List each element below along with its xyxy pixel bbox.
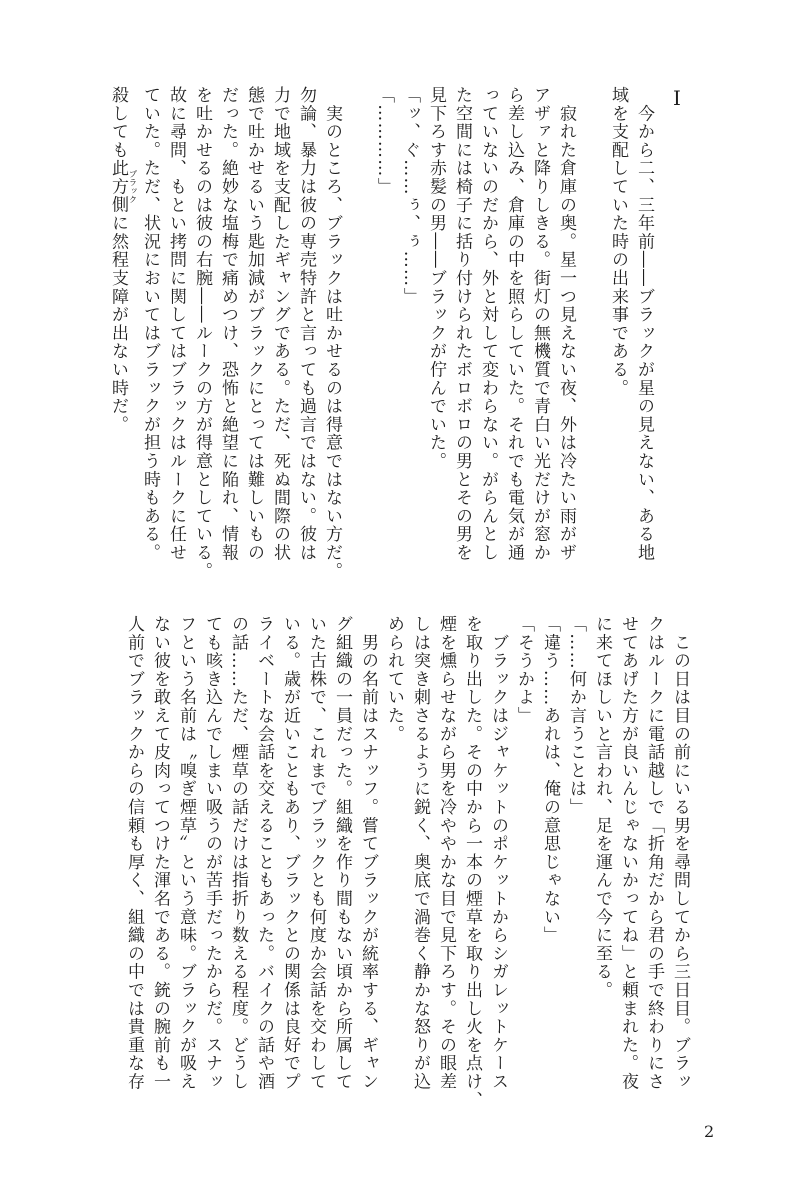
text-line: 「違う……あれは、俺の意思じゃない」 bbox=[537, 615, 563, 1120]
text-line: グ組織の一員だった。組織を作り間もない頃から所属して bbox=[329, 615, 355, 1120]
text-line: 男の名前はスナッフ。嘗てブラックが統率する、ギャン bbox=[355, 615, 381, 1120]
text-line: 今から二、三年前――ブラックが星の見えない、ある地 bbox=[631, 86, 657, 591]
text-line: この日は目の前にいる男を尋問してから三日目。ブラッ bbox=[667, 615, 693, 1120]
text-block-bottom: この日は目の前にいる男を尋問してから三日目。ブラックはルークに電話越しで「折角だ… bbox=[121, 615, 693, 1120]
text-line: ライベートな会話を交えることもあった。バイクの話や酒 bbox=[251, 615, 277, 1120]
chapter-heading: I bbox=[664, 86, 716, 591]
text-line: 「……何か言うことは」 bbox=[563, 615, 589, 1120]
text-line: しは突き刺さるように鋭く、奥底で渦巻く静かな怒りが込 bbox=[407, 615, 433, 1120]
text-line: いた古株で、これまでブラックとも何度か会話を交わして bbox=[303, 615, 329, 1120]
text-line: に来てほしいと言われ、足を運んで今に至る。 bbox=[589, 615, 615, 1120]
text-line: められていた。 bbox=[381, 615, 407, 1120]
text-line: 実のところ、ブラックは吐かせるのは得意ではない方だ。 bbox=[319, 86, 345, 591]
text-line: ても咳き込んでしまい吸うのが苦手だったからだ。スナッ bbox=[199, 615, 225, 1120]
text-line: ら差し込み、倉庫の中を照らしていた。それでも電気が通 bbox=[501, 86, 527, 591]
text-line: ない彼を敢えて皮肉ってつけた渾名である。銃の腕前も一 bbox=[147, 615, 173, 1120]
text-line: を吐かせるのは彼の右腕――ルークの方が得意としている。 bbox=[189, 86, 215, 591]
text-line: 「そうかよ」 bbox=[511, 615, 537, 1120]
text-line: 寂れた倉庫の奥。星一つ見えない夜、外は冷たい雨がザ bbox=[553, 86, 579, 591]
text-line: アザァと降りしきる。街灯の無機質で青白い光だけが窓か bbox=[527, 86, 553, 591]
text-line: 見下ろす赤髪の男――ブラックが佇んでいた。 bbox=[423, 86, 449, 591]
text-line: 「…………」 bbox=[371, 86, 397, 591]
ruby-annotation: 此方側ブラック bbox=[108, 159, 128, 214]
text-line: を取り出した。その中から一本の煙草を取り出し火を点け、 bbox=[459, 615, 485, 1120]
text-line: 域を支配していた時の出来事である。 bbox=[605, 86, 631, 591]
book-page: I 今から二、三年前――ブラックが星の見えない、ある地域を支配していた時の出来事… bbox=[0, 0, 800, 1181]
text-line: 「ッ、ぐ……ぅ、ぅ……」 bbox=[397, 86, 423, 591]
text-line: 勿論、暴力は彼の専売特許と言っても過言ではない。彼は bbox=[293, 86, 319, 591]
text-line: 煙を燻らせながら男を冷ややかな目で見下ろす。その眼差 bbox=[433, 615, 459, 1120]
text-line: フという名前は〝嗅ぎ煙草〟という意味。ブラックが吸え bbox=[173, 615, 199, 1120]
text-line: クはルークに電話越しで「折角だから君の手で終わりにさ bbox=[641, 615, 667, 1120]
page-number: 2 bbox=[704, 1122, 714, 1141]
text-line: 人前でブラックからの信頼も厚く、組織の中では貴重な存 bbox=[121, 615, 147, 1120]
text-line: せてあげた方が良いんじゃないかってね」と頼まれた。夜 bbox=[615, 615, 641, 1120]
blank-line bbox=[579, 86, 605, 591]
text-line: た空間には椅子に括り付けられたボロボロの男とその男を bbox=[449, 86, 475, 591]
text-line: ブラックはジャケットのポケットからシガレットケース bbox=[485, 615, 511, 1120]
text-line: だった。絶妙な塩梅で痛めつけ、恐怖と絶望に陥れ、情報 bbox=[215, 86, 241, 591]
text-line: 故に尋問、もとい拷問に関してはブラックはルークに任せ bbox=[163, 86, 189, 591]
text-block-top: I 今から二、三年前――ブラックが星の見えない、ある地域を支配していた時の出来事… bbox=[105, 86, 716, 591]
text-line: 力で地域を支配したギャングである。ただ、死ぬ間際の状 bbox=[267, 86, 293, 591]
text-line: っていないのだから、外と対して変わらない。がらんとし bbox=[475, 86, 501, 591]
text-line: 態で吐かせるいう匙加減がブラックにとっては難しいもの bbox=[241, 86, 267, 591]
blank-line bbox=[345, 86, 371, 591]
text-line: 殺しても此方側ブラックに然程支障が出ない時だ。 bbox=[105, 86, 137, 591]
text-line: の話……ただ、煙草の話だけは指折り数える程度。どうし bbox=[225, 615, 251, 1120]
text-line: いる。歳が近いこともあり、ブラックとの関係は良好でプ bbox=[277, 615, 303, 1120]
text-line: ていた。ただ、状況においてはブラックが担う時もある。 bbox=[137, 86, 163, 591]
